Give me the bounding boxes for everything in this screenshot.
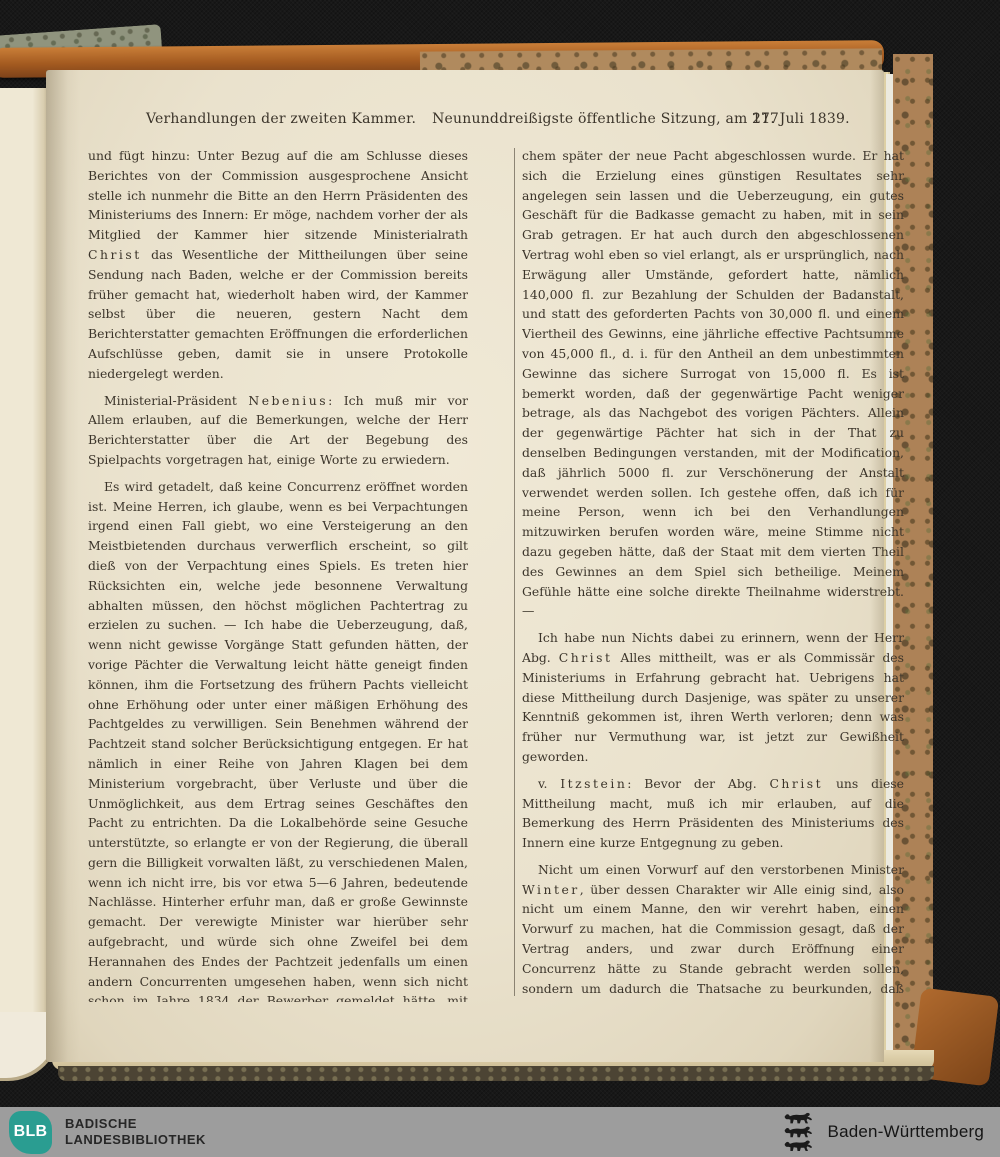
paragraph: und fügt hinzu: Unter Bezug auf die am S… <box>88 146 468 384</box>
text-segment: , über dessen Charakter wir Alle einig s… <box>522 882 904 1002</box>
paragraph: Es wird getadelt, daß keine Concurrenz e… <box>88 477 468 1002</box>
speaker-name: Nebenius <box>248 393 328 408</box>
speaker-name: Christ <box>88 247 142 262</box>
text-segment: Ministerial-Präsident <box>104 393 248 408</box>
book-cover-marble-bottom <box>58 1066 934 1081</box>
text-segment: Es wird getadelt, daß keine Concurrenz e… <box>88 479 468 1002</box>
blb-logo: BLB <box>9 1111 52 1154</box>
paragraph: v. Itzstein: Bevor der Abg. Christ uns d… <box>522 774 904 853</box>
running-title-left: Verhandlungen der zweiten Kammer. <box>146 111 416 127</box>
page-header: Verhandlungen der zweiten Kammer.Neunund… <box>46 111 884 131</box>
text-segment: v. <box>538 776 560 791</box>
paragraph: chem später der neue Pacht abgeschlossen… <box>522 146 904 621</box>
column-left: und fügt hinzu: Unter Bezug auf die am S… <box>88 146 468 1002</box>
text-segment: Nicht um einen Vorwurf auf den verstorbe… <box>538 862 904 877</box>
running-title: Verhandlungen der zweiten Kammer.Neunund… <box>146 111 850 127</box>
book-page: Verhandlungen der zweiten Kammer.Neunund… <box>46 70 884 1062</box>
paragraph: Ich habe nun Nichts dabei zu erinnern, w… <box>522 628 904 767</box>
paragraph: Ministerial-Präsident Nebenius: Ich muß … <box>88 391 468 470</box>
paragraph: Nicht um einen Vorwurf auf den verstorbe… <box>522 860 904 1002</box>
text-segment: und fügt hinzu: Unter Bezug auf die am S… <box>88 148 468 242</box>
speaker-name: Winter <box>522 882 580 897</box>
column-right: chem später der neue Pacht abgeschlossen… <box>522 146 904 1002</box>
text-segment: das Wesentliche der Mittheilungen über s… <box>88 247 468 381</box>
state-branding: Baden-Württemberg <box>781 1112 984 1152</box>
state-label: Baden-Württemberg <box>828 1122 984 1142</box>
speaker-name: Christ <box>559 650 613 665</box>
baden-wuerttemberg-coat-of-arms-icon <box>781 1112 815 1152</box>
speaker-name: Christ <box>769 776 823 791</box>
library-name-line1: BADISCHE <box>65 1116 206 1132</box>
page-number: 277 <box>752 111 779 127</box>
library-name: BADISCHE LANDESBIBLIOTHEK <box>65 1116 206 1148</box>
text-segment: Alles mittheilt, was er als Commissär de… <box>522 650 904 764</box>
library-name-line2: LANDESBIBLIOTHEK <box>65 1132 206 1148</box>
text-segment: chem später der neue Pacht abgeschlossen… <box>522 148 904 618</box>
column-divider <box>514 148 515 996</box>
running-title-right: Neununddreißigste öffentliche Sitzung, a… <box>432 111 850 127</box>
library-footer-bar: BLB BADISCHE LANDESBIBLIOTHEK Baden-Würt… <box>0 1107 1000 1157</box>
scan-viewport: Verhandlungen der zweiten Kammer.Neunund… <box>0 0 1000 1157</box>
text-block: und fügt hinzu: Unter Bezug auf die am S… <box>88 146 862 1004</box>
text-segment: : Bevor der Abg. <box>627 776 769 791</box>
speaker-name: Itzstein <box>560 776 627 791</box>
